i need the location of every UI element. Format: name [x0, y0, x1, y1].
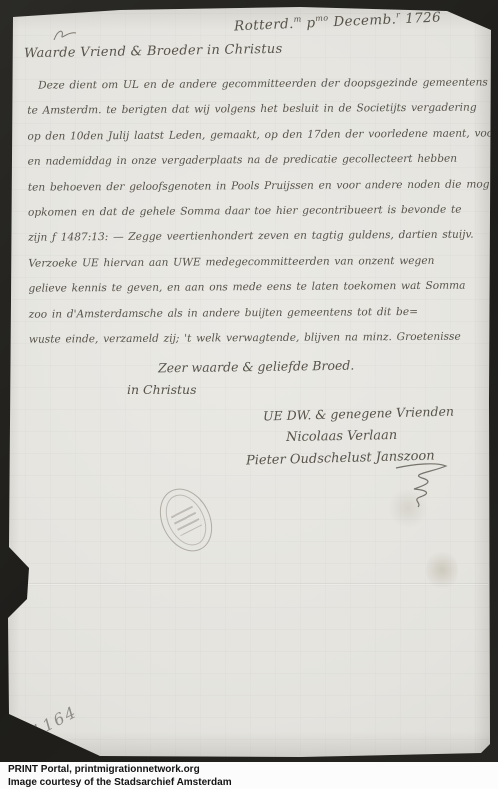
- caption-bar: PRINT Portal, printmigrationnetwork.org …: [0, 762, 498, 789]
- letter-body: Deze dient om UL en de andere gecommitte…: [27, 70, 498, 353]
- letter-line: te Amsterdm. te berigten dat wij volgens…: [27, 96, 498, 125]
- letter-line: opkomen en dat de gehele Somma daar toe …: [28, 197, 498, 226]
- letter-line: wuste einde, verzameld zij; 't welk verw…: [29, 324, 498, 353]
- letter-page: Rotterd.m pmo Decemb.r 1726 Waarde Vrien…: [0, 0, 498, 762]
- dateline-place-superscript: m: [293, 15, 301, 24]
- archive-stamp-icon: [150, 480, 223, 561]
- letter-line: en nademiddag in onze vergaderplaats na …: [28, 147, 498, 176]
- dateline: Rotterd.m pmo Decemb.r 1726: [234, 8, 442, 34]
- dateline-month-superscript: r: [396, 10, 401, 19]
- salutation: Waarde Vriend & Broeder in Christus: [24, 42, 283, 62]
- letter-line: Verzoeke UE hiervan aan UWE medegecommit…: [28, 248, 498, 277]
- caption-credit: Image courtesy of the Stadsarchief Amste…: [8, 777, 498, 789]
- fold-crease: [6, 583, 488, 584]
- dateline-prefix-superscript: mo: [315, 13, 329, 23]
- dateline-year: 1726: [405, 9, 442, 27]
- letter-line: ten behoeven der geloofsgenoten in Pools…: [28, 172, 498, 201]
- caption-source: PRINT Portal, printmigrationnetwork.org: [8, 764, 498, 777]
- paper-stain: [426, 549, 458, 591]
- letter-line: zijn ƒ 1487:13: — Zegge veertienhondert …: [28, 223, 498, 252]
- signature-nicolaas-verlaan: Nicolaas Verlaan: [286, 428, 397, 445]
- scan-viewport: Rotterd.m pmo Decemb.r 1726 Waarde Vrien…: [0, 0, 498, 789]
- dateline-month: Decemb.: [333, 11, 397, 30]
- letter-line: zoo in d'Amsterdamsche als in andere bui…: [29, 299, 498, 328]
- valediction: UE DW. & genegene Vrienden: [263, 404, 454, 424]
- letter-line: gelieve kennis te geven, en aan ons mede…: [28, 273, 498, 302]
- dateline-place: Rotterd.: [234, 16, 294, 35]
- letter-line: op den 10den Julij laatst Leden, gemaakt…: [27, 121, 498, 150]
- salutation-flourish-icon: [52, 27, 78, 43]
- paper-stain: [388, 488, 428, 528]
- closing-line-2: in Christus: [127, 382, 197, 397]
- letter-line: Deze dient om UL en de andere gecommitte…: [27, 70, 498, 99]
- closing-line-1: Zeer waarde & geliefde Broed.: [158, 358, 355, 376]
